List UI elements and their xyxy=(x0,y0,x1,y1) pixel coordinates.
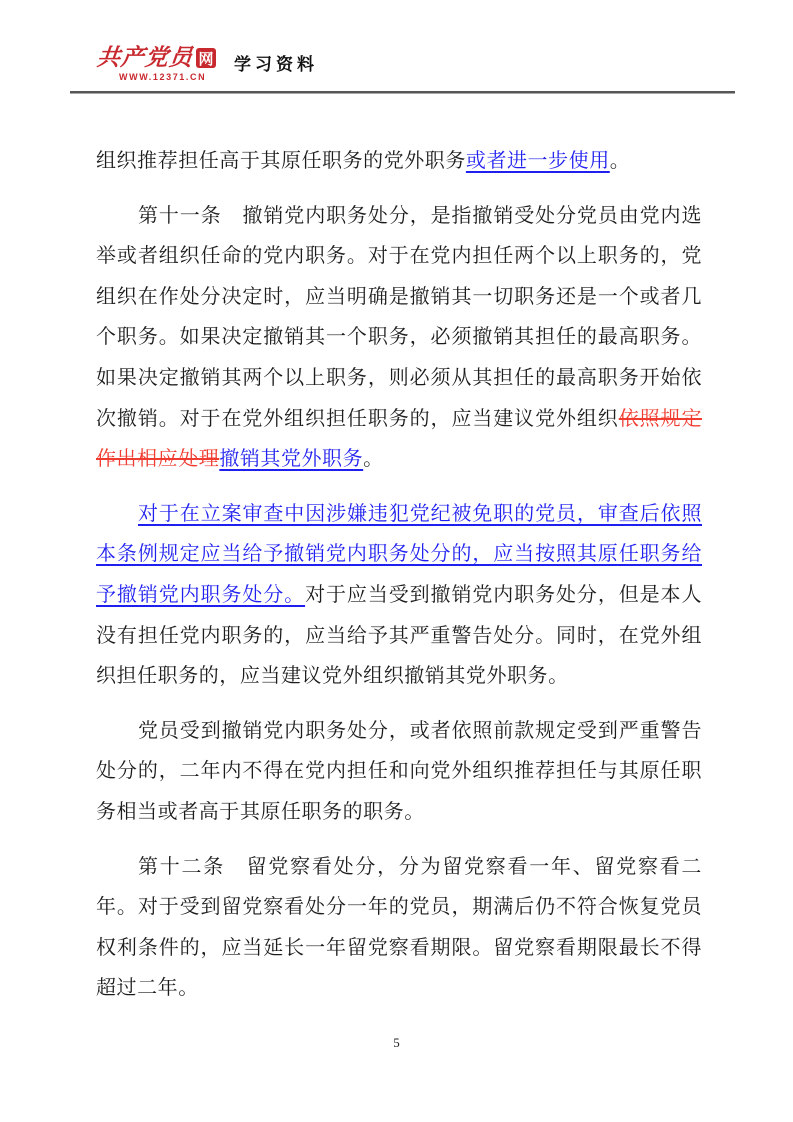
header-study-material-label: 学习资料 xyxy=(234,50,318,75)
document-body: 组织推荐担任高于其原任职务的党外职务或者进一步使用。第十一条 撤销党内职务处分，… xyxy=(96,141,702,1023)
header-divider xyxy=(70,91,735,94)
paragraph: 对于在立案审查中因涉嫌违犯党纪被免职的党员，审查后依照本条例规定应当给予撤销党内… xyxy=(96,494,702,697)
paragraph: 党员受到撤销党内职务处分，或者依照前款规定受到严重警告处分的，二年内不得在党内担… xyxy=(96,711,702,833)
text-run: 党员受到撤销党内职务处分，或者依照前款规定受到严重警告处分的，二年内不得在党内担… xyxy=(96,720,702,823)
text-run: 组织推荐担任高于其原任职务的党外职务 xyxy=(96,150,466,172)
paragraph: 第十一条 撤销党内职务处分，是指撤销受处分党员由党内选举或者组织任命的党内职务。… xyxy=(96,196,702,480)
document-page: 共产党员 网 WWW.12371.CN 学习资料 组织推荐担任高于其原任职务的党… xyxy=(0,0,793,1122)
paragraph: 第十二条 留党察看处分，分为留党察看一年、留党察看二年。对于受到留党察看处分一年… xyxy=(96,847,702,1009)
logo-calligraphy-text: 共产党员 xyxy=(96,46,195,70)
inserted-text: 撤销其党外职务 xyxy=(219,448,363,470)
page-footer: 5 xyxy=(0,1034,793,1052)
page-number: 5 xyxy=(393,1035,400,1050)
inserted-text: 或者进一步使用 xyxy=(466,150,610,172)
text-run: 第十一条 撤销党内职务处分，是指撤销受处分党员由党内选举或者组织任命的党内职务。… xyxy=(96,205,702,430)
logo-wordmark: 共产党员 网 xyxy=(97,46,216,70)
site-logo: 共产党员 网 WWW.12371.CN xyxy=(97,46,216,82)
page-header: 共产党员 网 WWW.12371.CN 学习资料 xyxy=(97,46,723,82)
text-run: 第十二条 留党察看处分，分为留党察看一年、留党察看二年。对于受到留党察看处分一年… xyxy=(96,856,702,1000)
paragraph: 组织推荐担任高于其原任职务的党外职务或者进一步使用。 xyxy=(96,141,702,182)
text-run: 。 xyxy=(610,150,631,172)
logo-url-text: WWW.12371.CN xyxy=(97,72,216,82)
logo-net-badge: 网 xyxy=(196,48,216,68)
text-run: 。 xyxy=(363,448,384,470)
